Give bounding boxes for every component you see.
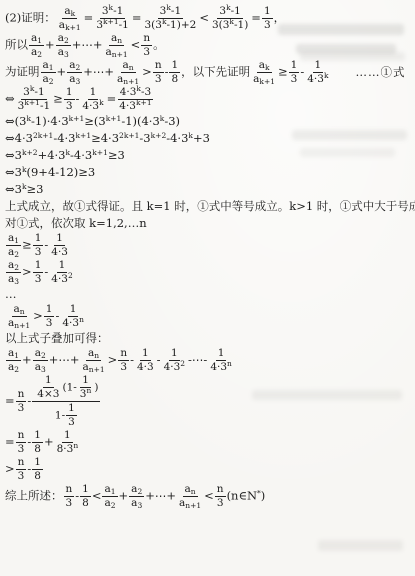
fraction: 13	[64, 87, 75, 112]
fraction: 3k-13k+1-1	[16, 87, 53, 112]
equation-label: ……①式	[356, 65, 406, 79]
math-line-1: (2)证明：akak+1=3k-13k+1-1=3k-13(3k-1)+2<3k…	[5, 6, 413, 31]
fraction: n3	[215, 484, 226, 509]
fraction: a1a2	[29, 33, 44, 58]
fraction: 18·3n	[55, 430, 81, 455]
fraction: anan+1	[115, 60, 141, 85]
fraction: akak+1	[57, 6, 83, 31]
fraction: 14·3n	[60, 304, 86, 329]
fraction: a1a2	[6, 233, 21, 258]
fraction: a2a3	[33, 348, 48, 373]
fraction: 14·3n	[208, 348, 234, 373]
math-line-10: 上式成立，故①式得证。且 k=1 时，①式中等号成立。k>1 时，①式中大于号成…	[5, 199, 413, 214]
math-line-19: =n3-18+18·3n	[5, 430, 413, 455]
math-line-5: ⇔(3k-1)·4·3k+1≥(3k+1-1)(4·3k-3)	[5, 114, 413, 129]
fraction: 18	[32, 430, 43, 455]
scanned-page: (2)证明：akak+1=3k-13k+1-1=3k-13(3k-1)+2<3k…	[0, 0, 415, 576]
fraction: 18	[80, 484, 91, 509]
math-line-4: ⇔3k-13k+1-1≥13-14·3k=4·3k-34·3k+1	[5, 87, 413, 112]
math-line-16: 以上式子叠加可得：	[5, 331, 413, 346]
fraction: 13	[289, 60, 300, 85]
fraction: akak+1	[251, 60, 277, 85]
fraction: 3k-13k+1-1	[94, 6, 131, 31]
math-line-15: anan+1>13-14·3n	[5, 304, 413, 329]
math-line-3: 为证明a1a2+a2a3+⋯+anan+1>n3-18，以下先证明akak+1≥…	[5, 60, 413, 85]
fraction: a2a3	[67, 60, 82, 85]
fraction: 14·3	[135, 348, 156, 373]
fraction: 13	[44, 304, 55, 329]
bleed-through-smudge	[318, 540, 403, 551]
math-line-13: a2a3>13-14·32	[5, 260, 413, 285]
math-line-14: …	[5, 287, 413, 302]
fraction: n3	[16, 389, 27, 414]
fraction: n3	[16, 430, 27, 455]
fraction: 18	[32, 457, 43, 482]
fraction: a1a2	[41, 60, 56, 85]
fraction: 14·32	[162, 348, 187, 373]
fraction: 4·3k-34·3k+1	[117, 87, 153, 112]
fraction: anan+1	[6, 304, 32, 329]
math-line-2: 所以a1a2+a2a3+⋯+anan+1<n3。	[5, 33, 413, 58]
fraction: 13	[33, 260, 44, 285]
fraction: 13	[262, 6, 273, 31]
math-line-7: ⇔3k+2+4·3k-4·3k+1≥3	[5, 148, 413, 163]
fraction: 3k-13(3k-1)+2	[142, 6, 198, 31]
fraction: 14·3k	[80, 87, 105, 112]
fraction: n3	[153, 60, 164, 85]
proof-body: (2)证明：akak+1=3k-13k+1-1=3k-13(3k-1)+2<3k…	[5, 6, 413, 509]
fraction: 3k-13(3k-1)	[210, 6, 250, 31]
math-line-21: 综上所述：n3-18<a1a2+a2a3+⋯+anan+1<n3(n∈N*)	[5, 484, 413, 509]
fraction: a1a2	[6, 348, 21, 373]
fraction: 18	[169, 60, 180, 85]
fraction: a2a3	[129, 484, 144, 509]
math-line-8: ⇔3k(9+4-12)≥3	[5, 165, 413, 180]
fraction: n3	[64, 484, 75, 509]
fraction: 14·32	[49, 260, 74, 285]
fraction: 14×3	[35, 375, 61, 400]
math-line-9: ⇔3k≥3	[5, 182, 413, 197]
math-line-6: ⇔4·32k+1-4·3k+1≥4·32k+1-3k+2-4·3k+3	[5, 131, 413, 146]
fraction: 13	[33, 233, 44, 258]
math-line-11: 对①式，依次取 k=1,2,…n	[5, 216, 413, 231]
fraction: 14·3	[49, 233, 70, 258]
fraction: n3	[141, 33, 152, 58]
fraction: 13n	[78, 375, 94, 400]
math-line-20: >n3-18	[5, 457, 413, 482]
fraction: a2a3	[56, 33, 71, 58]
fraction: anan+1	[177, 484, 203, 509]
fraction: n3	[118, 348, 129, 373]
fraction: a1a2	[102, 484, 117, 509]
math-line-12: a1a2≥13-14·3	[5, 233, 413, 258]
fraction: 14·3k	[305, 60, 330, 85]
fraction: anan+1	[104, 33, 130, 58]
math-line-18: =n3-14×3(1-13n)1-13	[5, 375, 413, 428]
fraction: n3	[16, 457, 27, 482]
math-line-17: a1a2+a2a3+⋯+anan+1>n3-14·3-14·32-⋯-14·3n	[5, 348, 413, 373]
fraction: a2a3	[6, 260, 21, 285]
fraction: 14×3(1-13n)1-13	[32, 375, 100, 428]
fraction: 13	[66, 403, 77, 428]
fraction: anan+1	[81, 348, 107, 373]
